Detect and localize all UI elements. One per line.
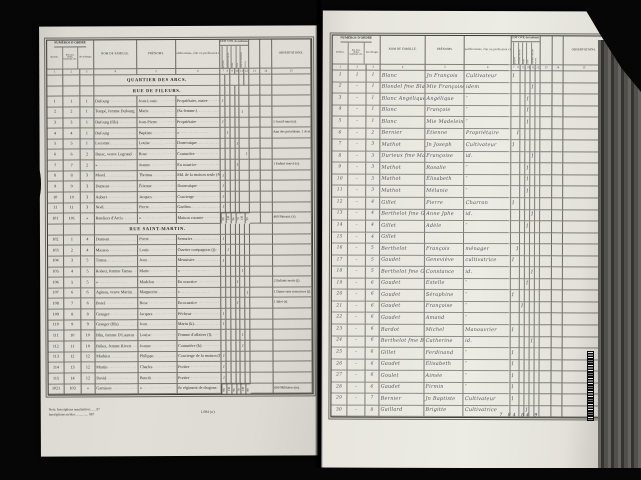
cell-nom-famille: »	[94, 160, 138, 171]
header-col13	[249, 40, 260, 69]
cell-col13	[540, 164, 552, 176]
cell-nom-famille: Dufourg	[94, 128, 138, 139]
cell-titres: Couturière	[176, 149, 221, 160]
cell-numero-menage: 3	[81, 182, 95, 193]
cell-numero-maison: 22	[332, 313, 348, 325]
cell-nom-famille: Martin	[95, 362, 139, 373]
cell-numero-rue: –	[348, 382, 366, 394]
cell-etat-civil	[535, 233, 540, 245]
cell-nom-famille: Robert, femme Tamas	[95, 267, 139, 278]
cell-numero-menage: 4	[366, 221, 380, 233]
cell-etat-civil	[535, 325, 540, 337]
section-obs	[272, 74, 311, 85]
cell-col13	[250, 362, 261, 373]
cell-etat-civil	[535, 395, 540, 407]
cell-numero-rue: 12	[64, 352, 81, 363]
cell-nom-famille: Mathot	[380, 163, 425, 175]
cell-col14	[551, 337, 563, 349]
cell-prenoms: Firmin	[424, 383, 463, 395]
cell-nom-famille: Gillet	[380, 198, 425, 210]
numeros-subcol: des ménages.	[78, 47, 93, 69]
cell-observations: 1 Dame sans ressources (j).	[273, 287, 312, 298]
cell-prenoms: Anne Jphe	[425, 209, 464, 221]
cell-col13	[540, 221, 552, 233]
cell-numero-maison: 11	[48, 203, 64, 214]
cell-numero-maison: 13	[332, 209, 348, 221]
section-row-left-a	[47, 76, 63, 87]
cell-nom-famille: Blin, femme D'Laurent	[95, 331, 139, 342]
cell-nom-famille: Blanc	[381, 117, 426, 129]
cell-titres: ″	[465, 186, 511, 198]
cell-observations	[272, 181, 311, 192]
cell-numero-maison: 101	[48, 214, 64, 225]
cell-numero-maison: 5	[332, 117, 348, 129]
section-row-left-b	[63, 86, 80, 97]
cell-etat-civil	[535, 268, 540, 280]
cell-etat-civil	[535, 221, 540, 233]
cell-nom-famille: Aubert	[95, 192, 139, 203]
cell-observations	[273, 255, 312, 266]
cell-prenoms: Jn Baptiste	[424, 394, 463, 406]
cell-col14	[551, 383, 563, 395]
cell-numero-maison: 104	[48, 256, 64, 267]
cell-numero-menage: »	[82, 384, 96, 395]
cell-numero-maison: 28	[331, 382, 347, 394]
cell-numero-menage: 6	[366, 313, 380, 325]
cell-numero-rue: –	[348, 244, 366, 256]
cell-numero-rue: 4	[63, 129, 80, 140]
cell-prenoms: Ferdinand	[425, 348, 464, 360]
cell-nom-famille: Bardot	[380, 325, 425, 337]
cell-titres: Manouvrier	[464, 325, 510, 337]
cell-numero-menage: 8	[81, 309, 95, 320]
numeros-subcol: maisons.	[47, 47, 63, 69]
section-row-left-b	[63, 75, 80, 86]
cell-nom-famille: Gaudet	[380, 313, 425, 325]
cell-col13	[249, 128, 260, 139]
cell-col13	[541, 83, 553, 95]
etat-subcol: veuves.	[244, 45, 248, 67]
cell-col14	[261, 107, 272, 118]
cell-col14	[552, 187, 564, 199]
cell-observations	[273, 266, 312, 277]
numeros-subcols: maisons.des rues, séries, hameaux, etc.d…	[333, 42, 380, 64]
cell-col13	[250, 287, 261, 298]
cell-numero-rue: 10	[64, 331, 81, 342]
cell-etat-civil	[535, 360, 540, 372]
cell-numero-rue: –	[348, 209, 366, 221]
cell-nom-famille: Goulet	[380, 371, 425, 383]
cell-observations: 2 Enfants morts (j).	[273, 277, 312, 288]
cell-titres: ″	[465, 175, 511, 187]
cell-col14	[261, 213, 272, 224]
cell-numero-maison: 5	[48, 139, 64, 150]
cell-numero-rue: 6	[64, 288, 81, 299]
cell-titres: Domestique	[176, 139, 221, 150]
cell-titres: Femme d'affaires (l).	[177, 330, 222, 341]
cell-col14	[552, 83, 564, 95]
header-prenoms: PRÉNOMS.	[426, 36, 466, 65]
cell-col14	[261, 117, 272, 128]
cell-etat-civil	[535, 164, 540, 176]
cell-prenoms: Catherine	[425, 336, 464, 348]
cell-titres: Maison vacante	[176, 213, 221, 224]
cell-numero-menage: 4	[366, 198, 380, 210]
cell-col13	[250, 234, 261, 245]
cell-numero-maison: 11	[332, 186, 348, 198]
cell-nom-famille: Gaudet	[380, 382, 425, 394]
cell-col14	[551, 372, 563, 384]
cell-titres: ″	[465, 163, 511, 175]
cell-numero-maison: 2	[333, 82, 349, 94]
etat-subcols: garçons.hommes mariés.veufs.filles.femme…	[222, 45, 248, 67]
header-nom: NOM DE FAMILLE.	[94, 40, 138, 69]
cell-numero-menage: 6	[366, 325, 380, 337]
cell-col13	[540, 268, 552, 280]
cell-nom-famille: Durieux fme Mathot	[380, 152, 425, 164]
cell-titres: Domestique	[176, 181, 221, 192]
cell-nom-famille: Aginau, veuve Martin	[95, 288, 139, 299]
cell-prenoms: Étienne	[138, 181, 176, 192]
cell-titres: En nourrice	[176, 160, 221, 171]
section-row-left-a	[47, 86, 63, 97]
cell-col14	[552, 279, 564, 291]
cell-numero-maison: 9	[48, 182, 64, 193]
film-notch	[148, 16, 182, 25]
cell-col14	[261, 181, 272, 192]
cell-numero-menage: 9	[81, 320, 95, 331]
cell-numero-maison: 14	[332, 221, 348, 233]
cell-numero-maison: 25	[332, 348, 348, 360]
cell-col13	[540, 314, 552, 326]
cell-titres: ″	[465, 117, 511, 129]
cell-numero-menage: 2	[81, 150, 95, 161]
cell-col13	[250, 149, 261, 160]
cell-col14	[261, 170, 272, 181]
cell-prenoms: Rosalie	[425, 163, 464, 175]
cell-prenoms: Pierre	[138, 203, 176, 214]
cell-numero-maison: 102	[48, 235, 64, 246]
cell-prenoms: Thomas	[138, 171, 176, 182]
cell-numero-maison: 29	[331, 394, 347, 406]
cell-etat-civil	[535, 383, 540, 395]
section-obs	[273, 223, 312, 234]
cell-etat-civil	[535, 371, 540, 383]
cell-observations: 1 Enfant trouvé (s).	[272, 160, 311, 171]
cell-numero-maison: 26	[332, 359, 348, 371]
cell-numero-maison: 3	[47, 118, 63, 129]
cell-observations	[273, 234, 312, 245]
cell-numero-menage: 1	[367, 82, 381, 94]
cell-nom-famille: Gaudet	[380, 290, 425, 302]
cell-prenoms: Marguerite	[138, 288, 176, 299]
cell-numero-rue: 8	[64, 171, 81, 182]
cell-numero-menage: 4	[81, 246, 95, 257]
cell-numero-menage: 5	[366, 267, 380, 279]
cell-titres: ″	[465, 106, 511, 118]
cell-numero-rue: –	[349, 163, 367, 175]
cell-numero-menage: 4	[366, 232, 380, 244]
cell-numero-maison: 17	[332, 255, 348, 267]
cell-col13	[250, 138, 261, 149]
header-col13	[541, 36, 553, 65]
cell-numero-rue: –	[348, 348, 366, 360]
cell-nom-famille: Dufourg	[94, 96, 138, 107]
cell-col14	[261, 266, 272, 277]
cell-numero-menage: 1	[81, 129, 95, 140]
cell-col14	[262, 309, 273, 320]
cell-titres: id.	[465, 152, 511, 164]
cell-titres: ″	[464, 221, 510, 233]
cell-col14	[552, 106, 564, 118]
cell-numero-menage: 10	[81, 331, 95, 342]
cell-numero-rue: –	[348, 313, 366, 325]
cell-titres: ″	[464, 290, 510, 302]
cell-col14	[552, 256, 564, 268]
cell-col13	[540, 187, 552, 199]
cell-numero-menage: 10	[81, 341, 95, 352]
cell-numero-maison: 23	[332, 325, 348, 337]
cell-nom-famille: Granger	[95, 309, 139, 320]
cell-numero-maison: 107	[48, 288, 64, 299]
cell-col14	[261, 234, 272, 245]
cell-nom-famille: Tamas	[95, 256, 139, 267]
cell-col14	[551, 395, 563, 407]
cell-prenoms: Aimée	[425, 371, 464, 383]
cell-titres: Propriétaire	[465, 129, 511, 141]
cell-titres: id.	[464, 267, 510, 279]
cell-etat-civil	[535, 187, 540, 199]
cell-prenoms: Angélique	[425, 94, 464, 106]
section-title: QUARTIER DES ARCS.	[94, 75, 221, 86]
cell-etat-civil	[536, 106, 541, 118]
cell-prenoms: François	[425, 105, 464, 117]
cell-col13	[250, 256, 261, 267]
cell-prenoms: Louise	[139, 330, 177, 341]
cell-col13	[541, 106, 553, 118]
cell-nom-famille: Gaudet	[380, 255, 425, 267]
cell-numero-menage: 3	[81, 171, 95, 182]
section-title: RUE DE FILEURS.	[94, 85, 221, 96]
cell-titres: Serrurier	[177, 234, 222, 245]
cell-numero-maison: 115	[49, 373, 65, 384]
census-page-left: NUMÉROS D'ORDREmaisons.des rues, séries,…	[39, 25, 319, 456]
cell-nom-famille: Gaudet	[380, 302, 425, 314]
film-bottom-strip	[0, 468, 641, 480]
cell-col13	[540, 175, 552, 187]
cell-col14	[552, 221, 564, 233]
cell-numero-maison: 112	[48, 342, 64, 353]
cell-col13	[250, 266, 261, 277]
cell-numero-rue: –	[349, 128, 367, 140]
cell-numero-maison: 15	[332, 232, 348, 244]
cell-col14	[261, 202, 272, 213]
cell-titres: Concierge	[176, 192, 221, 203]
cell-col14	[262, 341, 273, 352]
cell-numero-menage: 2	[81, 160, 95, 171]
cell-titres: idem	[465, 83, 511, 95]
cell-col13	[540, 302, 552, 314]
cell-numero-rue: 3	[64, 256, 81, 267]
cell-numero-maison: 8	[48, 171, 64, 182]
cell-col13	[539, 406, 551, 418]
cell-numero-maison: 1	[333, 71, 349, 83]
cell-titres: Concierge de la maison (l).	[177, 351, 222, 362]
cell-col14	[552, 141, 564, 153]
cell-nom-famille: Dufourg (fils)	[94, 118, 138, 129]
cell-nom-famille: Gillet	[380, 232, 425, 244]
cell-prenoms: Geneviève	[425, 256, 464, 268]
cell-etat-civil	[535, 175, 540, 187]
cell-numero-menage: 6	[365, 382, 379, 394]
cell-titres: Propriétaire, maire	[176, 96, 221, 107]
cell-col14	[552, 175, 564, 187]
cell-numero-maison: 12	[332, 198, 348, 210]
cell-nom-famille: Bernier	[380, 128, 425, 140]
cell-numero-maison: 1021	[49, 384, 65, 395]
cell-titres: ″	[464, 348, 510, 360]
header-observations: OBSERVATIONS.	[272, 39, 311, 68]
cell-numero-maison: 8	[332, 151, 348, 163]
cell-nom-famille: Berthelot fme Gillet	[380, 209, 425, 221]
cell-titres: En nourrice	[177, 277, 222, 288]
cell-prenoms: Françoise	[425, 302, 464, 314]
cell-observations	[273, 340, 312, 351]
cell-titres: En nourrice	[177, 298, 222, 309]
cell-prenoms: »	[138, 213, 176, 224]
cell-col13	[249, 96, 260, 107]
header-titres: TITRES, qualifications, état ou professi…	[176, 40, 221, 69]
cell-numero-maison: 18	[332, 267, 348, 279]
cell-numero-rue: 101	[64, 214, 81, 225]
cell-numero-menage: 12	[82, 373, 96, 384]
cell-prenoms: Adèle	[425, 221, 464, 233]
cell-col13	[250, 330, 261, 341]
cell-numero-menage: 1	[366, 94, 380, 106]
cell-col13	[540, 348, 552, 360]
cell-col14	[262, 362, 273, 373]
cell-numero-rue: –	[348, 232, 366, 244]
cell-etat-civil	[535, 302, 540, 314]
cell-titres: ″	[464, 302, 510, 314]
cell-col14	[262, 298, 273, 309]
cell-numero-menage: 1	[366, 105, 380, 117]
cell-numero-maison: 9	[332, 163, 348, 175]
cell-observations	[273, 351, 312, 362]
cell-numero-rue: –	[348, 175, 366, 187]
cell-observations	[273, 372, 312, 383]
cell-prenoms: Marie	[138, 107, 176, 118]
cell-numero-maison: 10	[48, 193, 64, 204]
cell-etat-civil	[536, 94, 541, 106]
cell-prenoms: Jean-Pierre	[138, 118, 176, 129]
cell-numero-menage: 3	[366, 163, 380, 175]
cell-col13	[540, 233, 552, 245]
cell-numero-rue: –	[348, 302, 366, 314]
cell-numero-menage: 5	[366, 244, 380, 256]
cell-observations	[272, 106, 311, 117]
cell-prenoms: Brigitte	[424, 406, 463, 418]
header-prenoms: PRÉNOMS.	[137, 40, 175, 69]
cell-titres: (Sa femme.)	[176, 107, 221, 118]
section-obs	[272, 85, 311, 96]
cell-titres: Cultivateur	[464, 394, 510, 406]
cell-etat-civil	[536, 83, 541, 95]
cell-prenoms	[425, 233, 464, 245]
cell-numero-menage: 4	[81, 235, 95, 246]
cell-numero-menage: 6	[366, 336, 380, 348]
cell-numero-rue: –	[349, 82, 367, 94]
section-c13	[249, 85, 260, 96]
cell-prenoms: Mélanie	[425, 186, 464, 198]
cell-prenoms: Louise	[138, 139, 176, 150]
cell-observations	[273, 362, 312, 373]
cell-col13	[250, 192, 261, 203]
cell-nom-famille: David	[95, 373, 139, 384]
section-row-left-b	[64, 224, 81, 235]
cell-prenoms: Élisabeth	[425, 360, 464, 372]
cell-nom-famille: Mathot	[380, 140, 425, 152]
numeros-subcol: des ménages.	[365, 42, 380, 64]
cell-observations	[272, 170, 311, 181]
etat-subcol: femmes mariées.	[239, 45, 244, 67]
cell-col14	[261, 160, 272, 171]
cell-numero-menage: »	[81, 214, 95, 225]
cell-col14	[552, 291, 564, 303]
cell-numero-menage: 6	[366, 371, 380, 383]
cell-numero-rue: –	[348, 186, 366, 198]
cell-nom-famille: Borel	[95, 299, 139, 310]
cell-numero-maison: 7	[48, 161, 64, 172]
cell-numero-menage: 5	[81, 256, 95, 267]
cell-col13	[249, 117, 260, 128]
nota-footnote: Nota. Inscriptions nominatives ..... 97 …	[49, 407, 100, 417]
cell-numero-maison: 105	[48, 267, 64, 278]
cell-numero-maison: 111	[48, 331, 64, 342]
cell-etat-civil	[535, 279, 540, 291]
cell-numero-menage: 1	[81, 139, 95, 150]
cell-nom-famille: Gillet	[380, 348, 425, 360]
cell-col13	[540, 152, 552, 164]
cell-nom-famille: Gaudet	[380, 359, 425, 371]
cell-titres	[464, 233, 510, 245]
cell-etat-civil	[536, 117, 541, 129]
cell-col13	[540, 129, 552, 141]
cell-nom-famille: Blanc	[381, 71, 426, 83]
cell-nom-famille: Berthelot fme Gaudet	[380, 267, 425, 279]
section-c14	[261, 224, 272, 235]
numeros-subcol: des rues, séries, hameaux, etc.	[63, 47, 79, 69]
cell-numero-menage: 1	[80, 97, 94, 108]
cell-col14	[552, 233, 564, 245]
cell-numero-rue: –	[348, 267, 366, 279]
cell-prenoms: Charles	[139, 362, 177, 373]
cell-col14	[552, 302, 564, 314]
cell-etat-civil	[535, 244, 540, 256]
cell-numero-maison: 20	[332, 290, 348, 302]
cell-prenoms: Jean	[138, 256, 176, 267]
cell-nom-famille: Noël	[95, 203, 139, 214]
cell-col14	[262, 319, 273, 330]
cell-nom-famille: Briket, femme Rivert	[95, 341, 139, 352]
cell-nom-famille: Tempé, femme Dufourg	[94, 107, 138, 118]
cell-col14	[261, 245, 272, 256]
cell-numero-rue: –	[349, 140, 367, 152]
cell-numero-rue: –	[348, 359, 366, 371]
cell-nom-famille: Berthelot	[380, 244, 425, 256]
cell-titres: ″	[464, 360, 510, 372]
film-notch	[250, 18, 268, 24]
